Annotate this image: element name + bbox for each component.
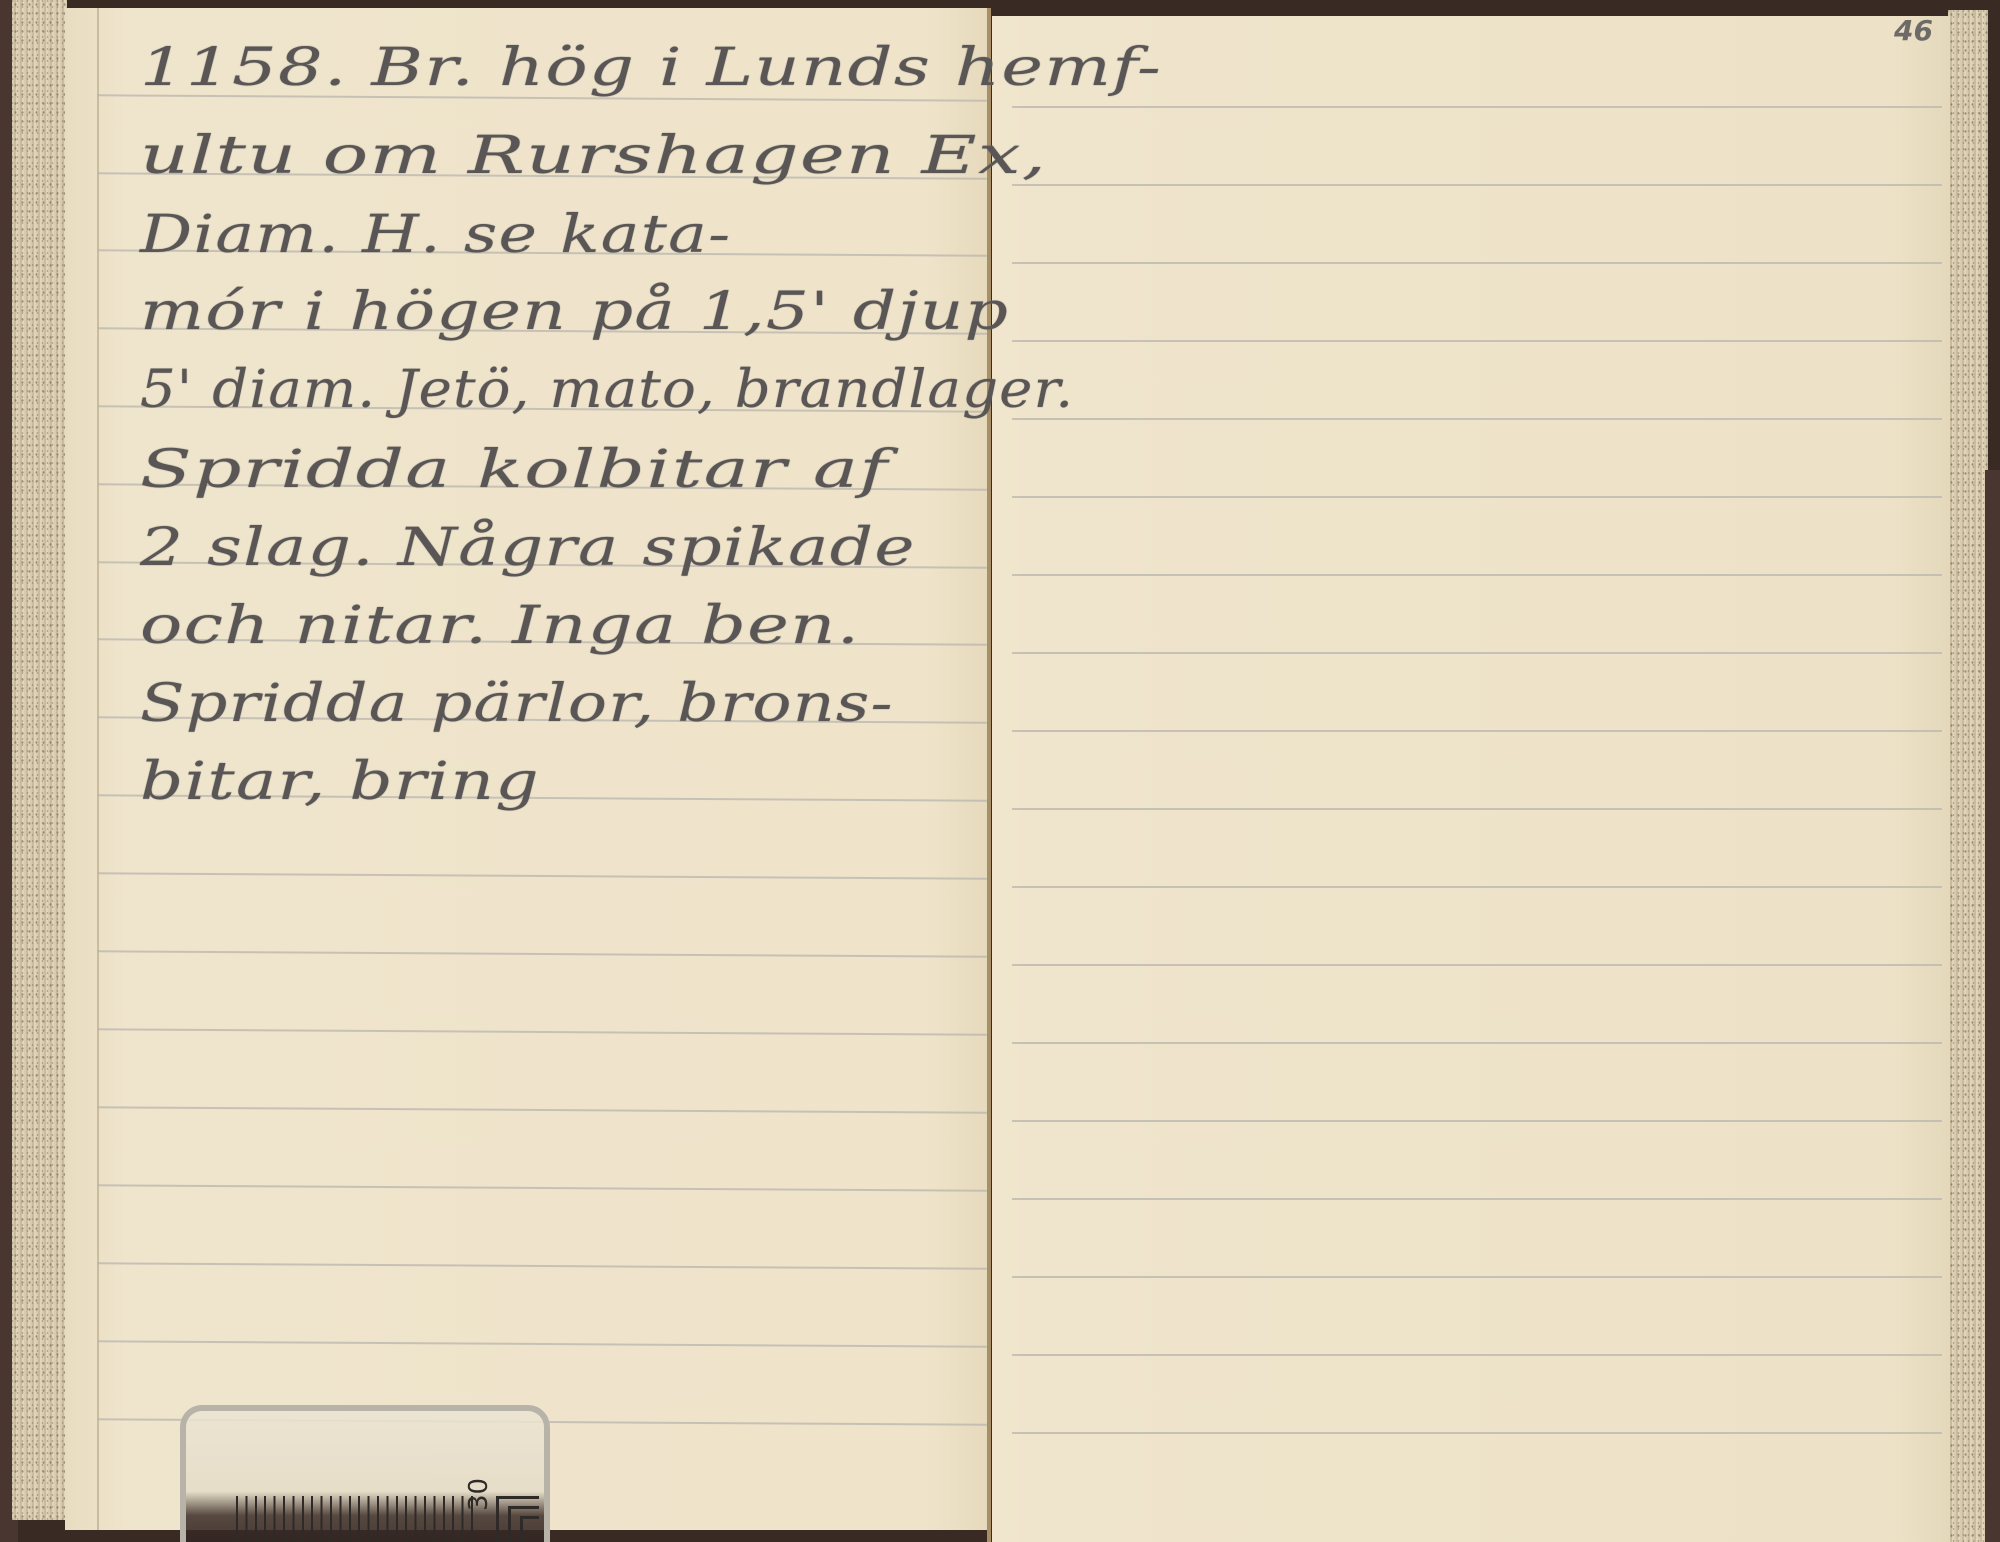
entry-line: 1158. Br. hög i Lunds hemf-: [140, 38, 1162, 98]
ruler-label: 30: [464, 1478, 494, 1511]
entry-line: Spridda kolbitar af: [140, 440, 889, 500]
entry-line: och nitar. Inga ben.: [140, 596, 860, 656]
ruler-corner-mark: [520, 1516, 539, 1542]
book-gutter: [987, 8, 991, 1542]
page-margin-line: [97, 8, 99, 1530]
page-stack-left: [12, 0, 67, 1520]
entry-line: Diam. H. se kata-: [140, 205, 731, 265]
entry-line: 5' diam. Jetö, mato, brandlager.: [140, 360, 1074, 420]
entry-line: mór i högen på 1,5' djup: [140, 282, 1009, 342]
scale-ruler: 30: [180, 1405, 550, 1542]
entry-line: ultu om Rurshagen Ex,: [140, 126, 1047, 186]
page-number: 46: [1894, 14, 1933, 47]
entry-line: Spridda pärlor, brons-: [140, 674, 894, 734]
ruler-ticks: [236, 1496, 476, 1542]
page-stack-right: [1948, 10, 1988, 1542]
book-cover-right: [1985, 470, 2000, 1542]
right-page: [992, 16, 1950, 1542]
entry-line: bitar, bring: [140, 752, 540, 812]
entry-line: 2 slag. Några spikade: [140, 518, 916, 578]
